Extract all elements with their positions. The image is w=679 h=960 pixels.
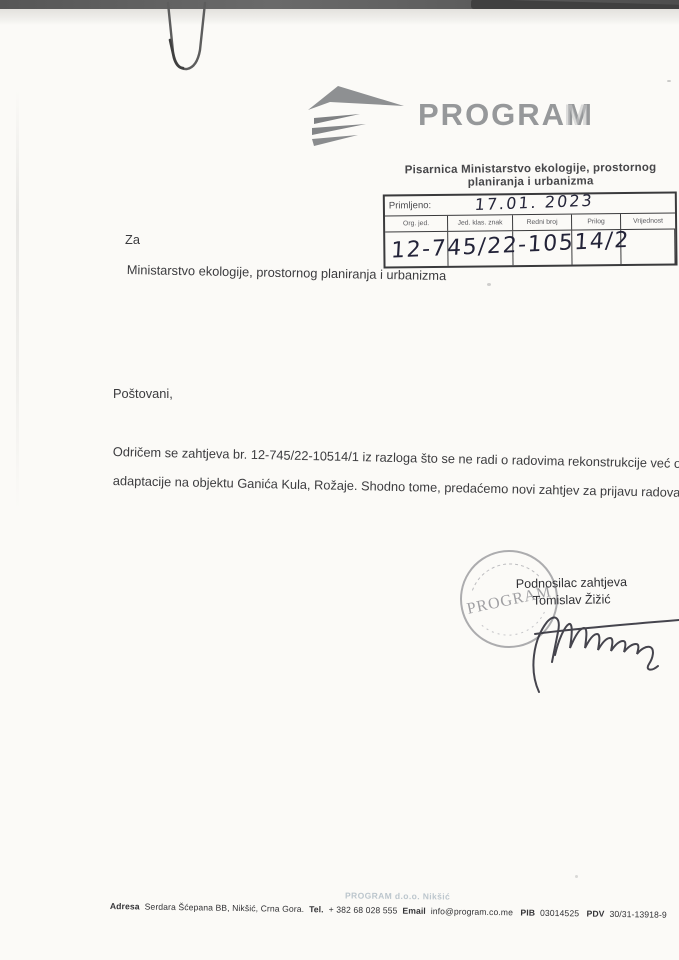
stamp-title: Pisarnica Ministarstvo ekologije, prosto… <box>382 161 678 190</box>
received-date-handwritten: 17.01. 2023 <box>474 191 595 214</box>
col-redni-broj: Redni broj <box>513 215 572 231</box>
received-label: Primljeno: <box>385 200 431 211</box>
col-jed-klas-znak: Jed. klas. znak <box>448 215 513 231</box>
footer-address: Serdara Šćepana BB, Nikšić, Crna Gora. <box>145 902 305 915</box>
signature-handwritten <box>525 600 679 695</box>
footer-email: info@program.co.me <box>431 906 513 917</box>
scan-speck <box>487 283 491 286</box>
receipt-stamp: Pisarnica Ministarstvo ekologije, prosto… <box>382 161 679 268</box>
footer-tel-label: Tel. <box>309 904 324 914</box>
footer-pdv-label: PDV <box>587 908 605 918</box>
company-logo: PROGRAM M <box>300 84 630 164</box>
stamp-table: Primljeno: 17.01. 2023 Org. jed. Jed. kl… <box>383 191 678 268</box>
footer-pib: 03014525 <box>540 908 579 919</box>
col-prilog: Prilog <box>572 214 621 230</box>
footer-pib-label: PIB <box>520 907 535 917</box>
footer-company-faded: PROGRAM d.o.o. Nikšić <box>345 890 450 901</box>
footer-email-label: Email <box>402 906 426 916</box>
col-org-jed: Org. jed. <box>385 216 448 232</box>
paperclip-icon <box>150 0 220 85</box>
paper-crease <box>16 90 19 510</box>
to-label: Za <box>125 232 140 247</box>
scan-speck <box>575 875 578 878</box>
stamp-table-values: 12-745/22-10514/2 <box>385 229 675 266</box>
scanned-letter-page: PROGRAM M Pisarnica Ministarstvo ekologi… <box>0 0 679 960</box>
footer-pdv: 30/31-13918-9 <box>609 909 666 920</box>
footer-tel: + 382 68 028 555 <box>329 904 398 915</box>
stamp-received-row: Primljeno: 17.01. 2023 <box>385 193 675 216</box>
paper-top-shadow <box>0 9 679 25</box>
footer-address-label: Adresa <box>110 901 140 911</box>
scan-speck <box>667 80 671 82</box>
footer-contact-line: Adresa Serdara Šćepana BB, Nikšić, Crna … <box>110 901 679 920</box>
body-line-2: adaptacije na objektu Ganića Kula, Rožaj… <box>113 473 679 501</box>
body-line-1: Odričem se zahtjeva br. 12-745/22-10514/… <box>113 444 679 472</box>
applicant-title: Podnosilac zahtjeva <box>516 574 627 593</box>
logo-pyramid-icon <box>300 84 412 162</box>
logo-wordmark-ghost: M <box>564 99 589 133</box>
salutation: Poštovani, <box>113 386 173 401</box>
col-vrijednost: Vrijednost <box>621 213 675 229</box>
